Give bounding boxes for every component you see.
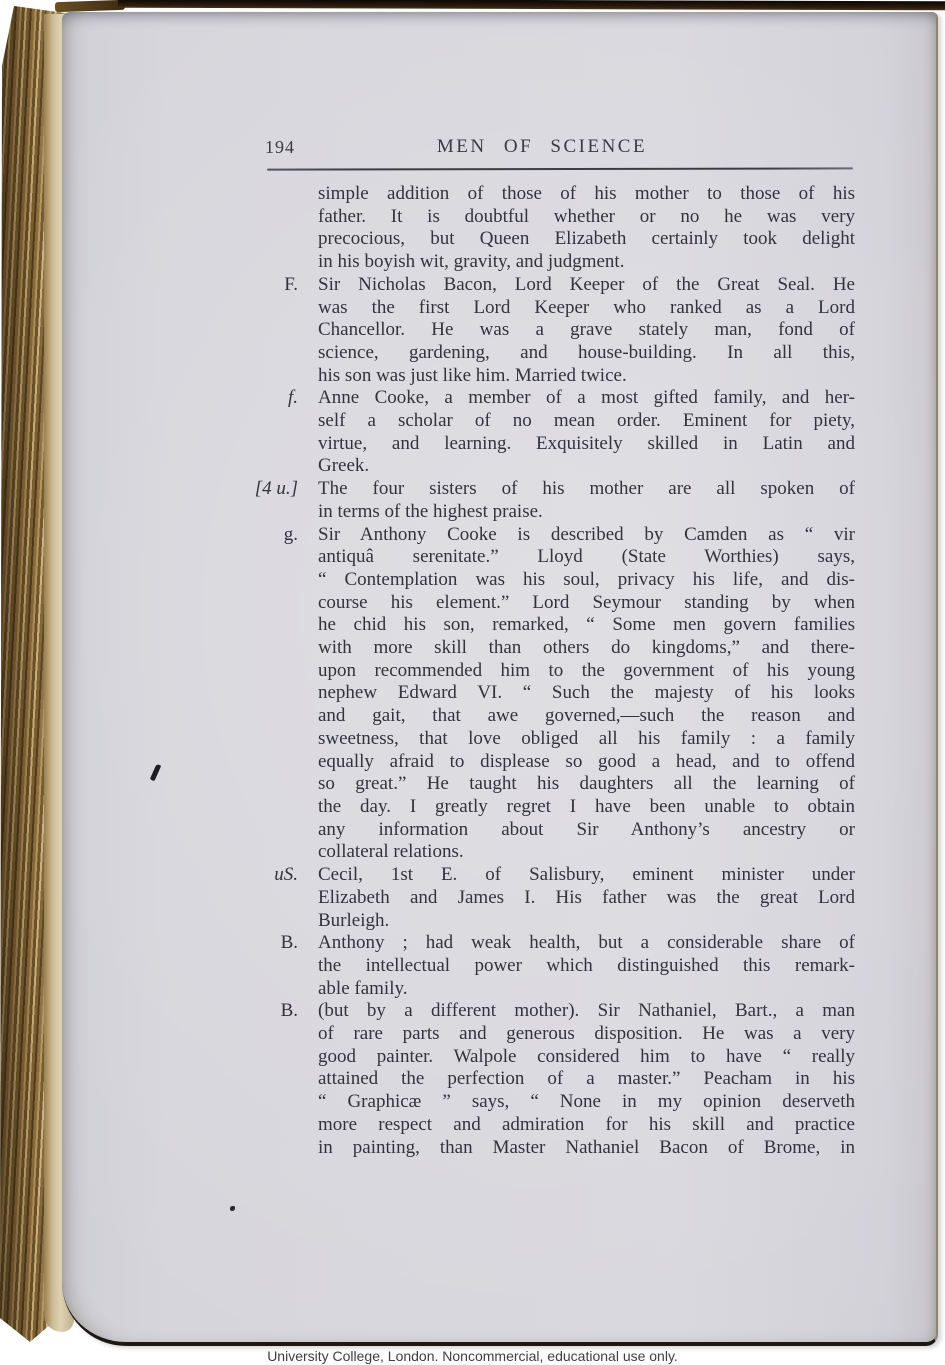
text-line: so great.” He taught his daughters all t… bbox=[318, 773, 855, 796]
entry: g.Sir Anthony Cooke is described by Camd… bbox=[318, 524, 855, 865]
entry: B.Anthony ; had weak health, but a consi… bbox=[318, 932, 855, 1000]
text-line: with more skill than others do kingdoms,… bbox=[318, 637, 855, 660]
book-page: 194 MEN OF SCIENCE simple addition of th… bbox=[62, 12, 938, 1346]
book-top-corner-edge bbox=[55, 0, 125, 12]
text-line: “ Graphicæ ” says, “ None in my opinion … bbox=[318, 1091, 855, 1114]
entry: B.(but by a different mother). Sir Natha… bbox=[318, 1000, 855, 1159]
entry: uS.Cecil, 1st E. of Salisbury, eminent m… bbox=[318, 864, 855, 932]
entry-label: f. bbox=[288, 387, 298, 410]
text-line: upon recommended him to the government o… bbox=[318, 660, 855, 683]
entry-label: B. bbox=[281, 932, 298, 955]
header-rule bbox=[267, 167, 853, 170]
text-line: virtue, and learning. Exquisitely skille… bbox=[318, 433, 855, 456]
text-line: Elizabeth and James I. His father was th… bbox=[318, 887, 855, 910]
text-line: Chancellor. He was a grave stately man, … bbox=[318, 319, 855, 342]
scanned-book-photo: 194 MEN OF SCIENCE simple addition of th… bbox=[0, 0, 945, 1365]
text-line: Cecil, 1st E. of Salisbury, eminent mini… bbox=[318, 864, 855, 887]
entry-label: B. bbox=[281, 1000, 298, 1023]
entry-label: F. bbox=[284, 274, 298, 297]
text-line: any information about Sir Anthony’s ance… bbox=[318, 819, 855, 842]
text-line: attained the perfection of a master.” Pe… bbox=[318, 1068, 855, 1091]
text-line: simple addition of those of his mother t… bbox=[318, 183, 855, 206]
ink-mark bbox=[150, 764, 161, 782]
text-line: collateral relations. bbox=[318, 841, 855, 864]
text-line: and gait, that awe governed,—such the re… bbox=[318, 705, 855, 728]
text-line: good painter. Walpole considered him to … bbox=[318, 1046, 855, 1069]
text-line: his son was just like him. Married twice… bbox=[318, 365, 855, 388]
text-line: in painting, than Master Nathaniel Bacon… bbox=[318, 1137, 855, 1160]
text-line: science, gardening, and house-building. … bbox=[318, 342, 855, 365]
text-line: (but by a different mother). Sir Nathani… bbox=[318, 1000, 855, 1023]
text-block: simple addition of those of his mother t… bbox=[318, 183, 855, 1159]
text-line: in his boyish wit, gravity, and judgment… bbox=[318, 251, 855, 274]
entry: f.Anne Cooke, a member of a most gifted … bbox=[318, 387, 855, 478]
text-line: The four sisters of his mother are all s… bbox=[318, 478, 855, 501]
entry-label: uS. bbox=[274, 864, 298, 887]
dust-speck bbox=[230, 1206, 235, 1211]
text-line: precocious, but Queen Elizabeth certainl… bbox=[318, 228, 855, 251]
text-line: able family. bbox=[318, 978, 855, 1001]
text-line: “ Contemplation was his soul, privacy hi… bbox=[318, 569, 855, 592]
entry: F.Sir Nicholas Bacon, Lord Keeper of the… bbox=[318, 274, 855, 388]
text-line: more respect and admiration for his skil… bbox=[318, 1114, 855, 1137]
footer-caption: University College, London. Noncommercia… bbox=[0, 1348, 945, 1364]
text-line: Sir Anthony Cooke is described by Camden… bbox=[318, 524, 855, 547]
entry-label: g. bbox=[284, 524, 298, 547]
text-line: sweetness, that love obliged all his fam… bbox=[318, 728, 855, 751]
text-line: self a scholar of no mean order. Eminent… bbox=[318, 410, 855, 433]
text-line: Greek. bbox=[318, 455, 855, 478]
text-line: Anthony ; had weak health, but a conside… bbox=[318, 932, 855, 955]
entry: [4 u.]The four sisters of his mother are… bbox=[318, 478, 855, 523]
book-top-edge bbox=[118, 0, 945, 10]
text-line: nephew Edward VI. “ Such the majesty of … bbox=[318, 682, 855, 705]
entry-label: [4 u.] bbox=[255, 478, 298, 501]
text-line: he chid his son, remarked, “ Some men go… bbox=[318, 614, 855, 637]
text-line: Sir Nicholas Bacon, Lord Keeper of the G… bbox=[318, 274, 855, 297]
text-line: was the first Lord Keeper who ranked as … bbox=[318, 297, 855, 320]
text-line: the intellectual power which distinguish… bbox=[318, 955, 855, 978]
text-line: the day. I greatly regret I have been un… bbox=[318, 796, 855, 819]
running-header: MEN OF SCIENCE bbox=[272, 136, 812, 158]
text-line: Anne Cooke, a member of a most gifted fa… bbox=[318, 387, 855, 410]
text-line: equally afraid to displease so good a he… bbox=[318, 751, 855, 774]
text-line: antiquâ serenitate.” Lloyd (State Worthi… bbox=[318, 546, 855, 569]
text-line: course his element.” Lord Seymour standi… bbox=[318, 592, 855, 615]
text-line: father. It is doubtful whether or no he … bbox=[318, 206, 855, 229]
text-line: Burleigh. bbox=[318, 910, 855, 933]
text-line: in terms of the highest praise. bbox=[318, 501, 855, 524]
text-line: of rare parts and generous disposition. … bbox=[318, 1023, 855, 1046]
entry: simple addition of those of his mother t… bbox=[318, 183, 855, 274]
